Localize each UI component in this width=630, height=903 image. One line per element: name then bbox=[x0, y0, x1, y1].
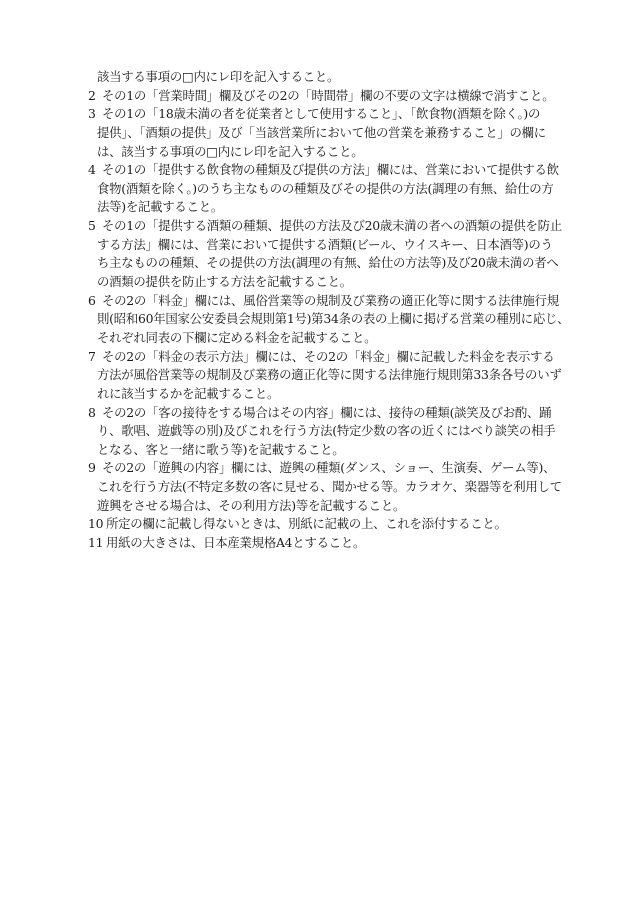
note-text: は、該当する事項の□内にレ印を記入すること。 bbox=[88, 143, 548, 162]
note-text: 所定の欄に記載し得ないときは、別紙に記載の上、これを添付すること。 bbox=[106, 516, 507, 531]
note-text: 提供」、「酒類の提供」及び「当該営業所において他の営業を兼務すること」の欄に bbox=[88, 124, 548, 143]
note-item-6: 6その2の「料金」欄には、風俗営業等の規制及び業務の適正化等に関する法律施行規 … bbox=[88, 292, 548, 348]
note-text: ち主なものの種類、その提供の方法(調理の有無、給仕の方法等)及び20歳未満の者へ bbox=[88, 254, 548, 273]
note-text: 方法が風俗営業等の規制及び業務の適正化等に関する法律施行規則第33条各号のいず bbox=[88, 366, 548, 385]
note-item-9: 9その2の「遊興の内容」欄には、遊興の種類(ダンス、ショー、生演奏、ゲーム等)、… bbox=[88, 459, 548, 515]
note-number: 7 bbox=[88, 348, 102, 367]
note-item-5: 5その1の「提供する酒類の種類、提供の方法及び20歳未満の者への酒類の提供を防止… bbox=[88, 217, 548, 292]
note-number: 5 bbox=[88, 217, 102, 236]
note-text: その2の「遊興の内容」欄には、遊興の種類(ダンス、ショー、生演奏、ゲーム等)、 bbox=[102, 460, 555, 475]
note-text: 用紙の大きさは、日本産業規格A4とすること。 bbox=[106, 535, 365, 550]
note-item-3: 3その1の「18歳未満の者を従業者として使用すること」、「飲食物(酒類を除く。)… bbox=[88, 105, 548, 161]
note-text: する方法」欄には、営業において提供する酒類(ビール、ウイスキー、日本酒等)のう bbox=[88, 236, 548, 255]
note-text: れに該当するかを記載すること。 bbox=[88, 385, 548, 404]
note-text: 法等)を記載すること。 bbox=[88, 198, 548, 217]
note-text: の酒類の提供を防止する方法を記載すること。 bbox=[88, 273, 548, 292]
note-number: 3 bbox=[88, 105, 102, 124]
note-text: その1の「営業時間」欄及びその2の「時間帯」欄の不要の文字は横線で消すこと。 bbox=[102, 88, 554, 103]
note-number: 10 bbox=[88, 515, 106, 534]
note-text: その1の「提供する飲食物の種類及び提供の方法」欄には、営業において提供する飲 bbox=[102, 162, 559, 177]
continuation-line: 該当する事項の□内にレ印を記入すること。 bbox=[88, 68, 548, 87]
note-number: 4 bbox=[88, 161, 102, 180]
note-item-8: 8その2の「客の接待をする場合はその内容」欄には、接待の種類(談笑及びお酌、踊 … bbox=[88, 404, 548, 460]
note-item-7: 7その2の「料金の表示方法」欄には、その2の「料金」欄に記載した料金を表示する … bbox=[88, 348, 548, 404]
note-number: 9 bbox=[88, 459, 102, 478]
note-number: 2 bbox=[88, 87, 102, 106]
note-number: 6 bbox=[88, 292, 102, 311]
note-text: それぞれ同表の下欄に定める料金を記載すること。 bbox=[88, 329, 548, 348]
note-text: その2の「客の接待をする場合はその内容」欄には、接待の種類(談笑及びお酌、踊 bbox=[102, 405, 551, 420]
note-item-4: 4その1の「提供する飲食物の種類及び提供の方法」欄には、営業において提供する飲 … bbox=[88, 161, 548, 217]
note-item-2: 2その1の「営業時間」欄及びその2の「時間帯」欄の不要の文字は横線で消すこと。 bbox=[88, 87, 548, 106]
note-number: 8 bbox=[88, 404, 102, 423]
notes-list: 該当する事項の□内にレ印を記入すること。 2その1の「営業時間」欄及びその2の「… bbox=[88, 68, 548, 553]
note-text: り、歌唱、遊戯等の別)及びこれを行う方法(特定少数の客の近くにはべり談笑の相手 bbox=[88, 422, 548, 441]
note-item-11: 11用紙の大きさは、日本産業規格A4とすること。 bbox=[88, 534, 548, 553]
note-text: 則(昭和60年国家公安委員会規則第1号)第34条の表の上欄に掲げる営業の種別に応… bbox=[88, 310, 548, 329]
note-text: 食物(酒類を除く。)のうち主なものの種類及びその提供の方法(調理の有無、給仕の方 bbox=[88, 180, 548, 199]
note-text: その1の「提供する酒類の種類、提供の方法及び20歳未満の者への酒類の提供を防止 bbox=[102, 218, 562, 233]
note-text: その1の「18歳未満の者を従業者として使用すること」、「飲食物(酒類を除く。)の bbox=[102, 106, 540, 121]
note-number: 11 bbox=[88, 534, 106, 553]
note-text: これを行う方法(不特定多数の客に見せる、聞かせる等。カラオケ、楽器等を利用して bbox=[88, 478, 548, 497]
note-text: その2の「料金の表示方法」欄には、その2の「料金」欄に記載した料金を表示する bbox=[102, 349, 554, 364]
document-page: 該当する事項の□内にレ印を記入すること。 2その1の「営業時間」欄及びその2の「… bbox=[0, 0, 630, 903]
note-item-10: 10所定の欄に記載し得ないときは、別紙に記載の上、これを添付すること。 bbox=[88, 515, 548, 534]
note-text: 遊興をさせる場合は、その利用方法)等を記載すること。 bbox=[88, 497, 548, 516]
note-text: となる、客と一緒に歌う等)を記載すること。 bbox=[88, 441, 548, 460]
note-text: その2の「料金」欄には、風俗営業等の規制及び業務の適正化等に関する法律施行規 bbox=[102, 293, 559, 308]
